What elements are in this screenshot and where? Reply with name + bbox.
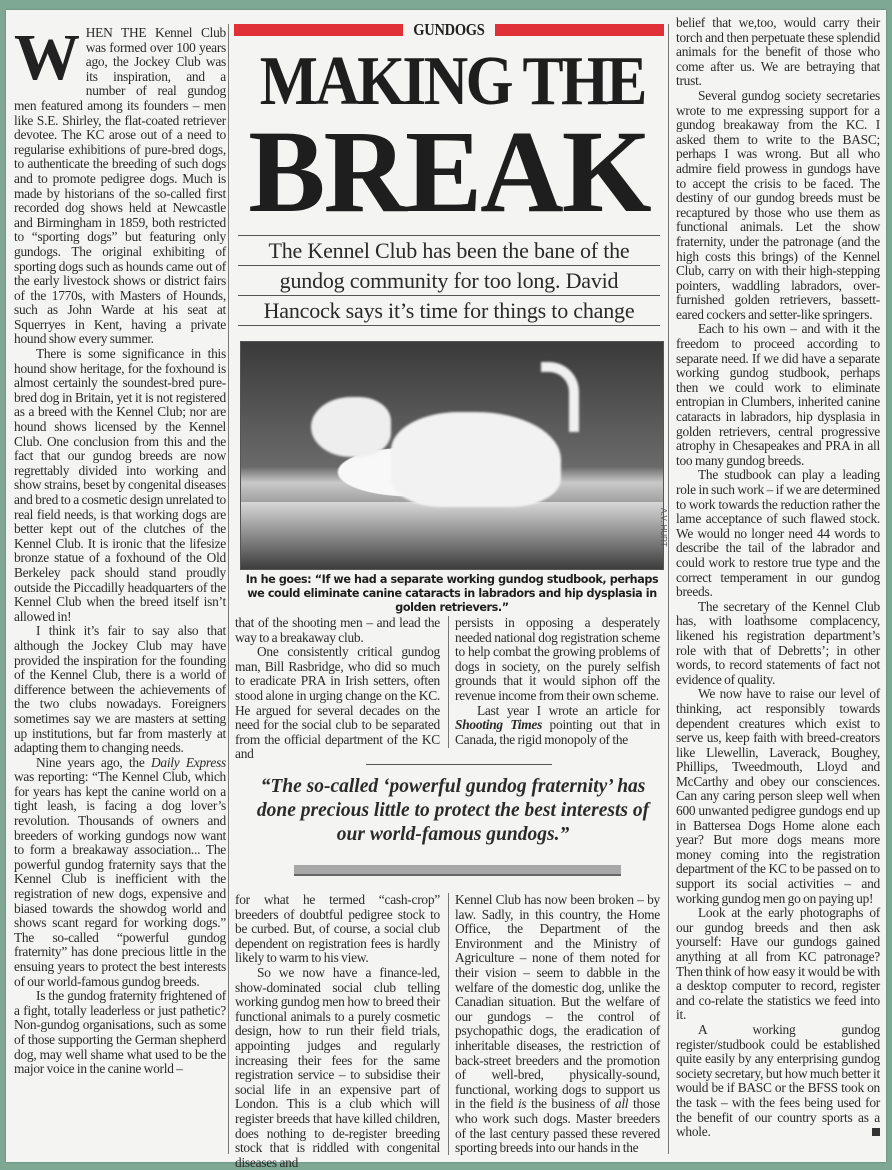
section-kicker: GUNDOGS [234,19,664,41]
water-area [241,502,663,569]
article-column-3: persists in opposing a desperately neede… [455,616,660,747]
standfirst-line: Hancock says it’s time for things to cha… [238,295,660,326]
paragraph: Is the gundog fraternity frightened of a… [14,989,226,1077]
paragraph: One consistently critical gundog man, Bi… [235,645,440,762]
paragraph: I think it’s fair to say also that altho… [14,624,226,755]
paragraph: persists in opposing a desperately neede… [455,616,660,704]
paragraph: for what he termed “cash-crop” breeders … [235,893,440,966]
paragraph: Kennel Club has now been broken – by law… [455,893,660,1156]
article-column-3-continued: Kennel Club has now been broken – by law… [455,893,660,1156]
standfirst-line: The Kennel Club has been the bane of the [238,235,660,265]
paragraph-text: Kennel Club has now been broken – by law… [455,892,660,1111]
paragraph: Several gundog society secretaries wrote… [676,89,880,323]
pullquote-rule-top [366,764,552,765]
paragraph: A working gundog register/studbook could… [676,1023,880,1140]
paragraph-text: A working gundog register/studbook could… [676,1022,880,1139]
photo-caption: In he goes: “If we had a separate workin… [240,573,664,615]
magazine-page: WHEN THE Kennel Club was formed over 100… [6,10,886,1162]
paragraph-text: Last year I wrote an article for [477,703,660,718]
paragraph: Each to his own – and with it the freedo… [676,322,880,468]
pullquote-rule-bottom [294,865,621,876]
kicker-label: GUNDOGS [410,20,488,40]
column-divider [228,24,229,1154]
paragraph: WHEN THE Kennel Club was formed over 100… [14,26,226,347]
pull-quote: “The so-called ‘powerful gundog fraterni… [250,775,656,847]
column-divider [448,893,449,1155]
kicker-bar-left [234,24,403,36]
paragraph: So we now have a finance-led, show-domin… [235,966,440,1170]
photo-credit: A.V. HURT [659,508,668,547]
paragraph-text: the business of [526,1096,614,1111]
paragraph: belief that we,too, would carry their to… [676,16,880,89]
headline-line-2: BREAK [238,118,659,226]
paragraph: Look at the early photographs of our gun… [676,906,880,1023]
article-column-2: that of the shooting men – and lead the … [235,616,440,762]
paragraph: that of the shooting men – and lead the … [235,616,440,645]
dog-head [311,397,391,457]
paragraph: The studbook can play a leading role in … [676,468,880,599]
article-column-2-continued: for what he termed “cash-crop” breeders … [235,893,440,1170]
drop-cap: W [14,30,80,86]
paragraph: The secretary of the Kennel Club has, wi… [676,600,880,688]
standfirst: The Kennel Club has been the bane of the… [238,235,660,326]
article-column-4: belief that we,too, would carry their to… [676,16,880,1140]
paragraph: Last year I wrote an article for Shootin… [455,704,660,748]
paragraph: There is some significance in this hound… [14,347,226,624]
standfirst-line: gundog community for too long. David [238,265,660,295]
paragraph-text: was reporting: “The Kennel Club, which f… [14,769,226,988]
dog-photo [240,341,664,570]
headline: MAKING THE BREAK [234,46,664,226]
article-column-1: WHEN THE Kennel Club was formed over 100… [14,26,226,1077]
column-divider [668,24,669,1154]
publication-name: Daily Express [151,755,226,770]
dog-body [391,412,561,507]
column-divider [448,616,449,748]
publication-name: Shooting Times [455,717,542,732]
end-of-article-icon [872,1128,880,1136]
emphasis: all [615,1096,628,1111]
paragraph: Nine years ago, the Daily Express was re… [14,756,226,990]
kicker-bar-right [495,24,664,36]
paragraph: We now have to raise our level of thinki… [676,687,880,906]
dog-tail [541,362,579,432]
paragraph-text: Nine years ago, the [36,755,151,770]
